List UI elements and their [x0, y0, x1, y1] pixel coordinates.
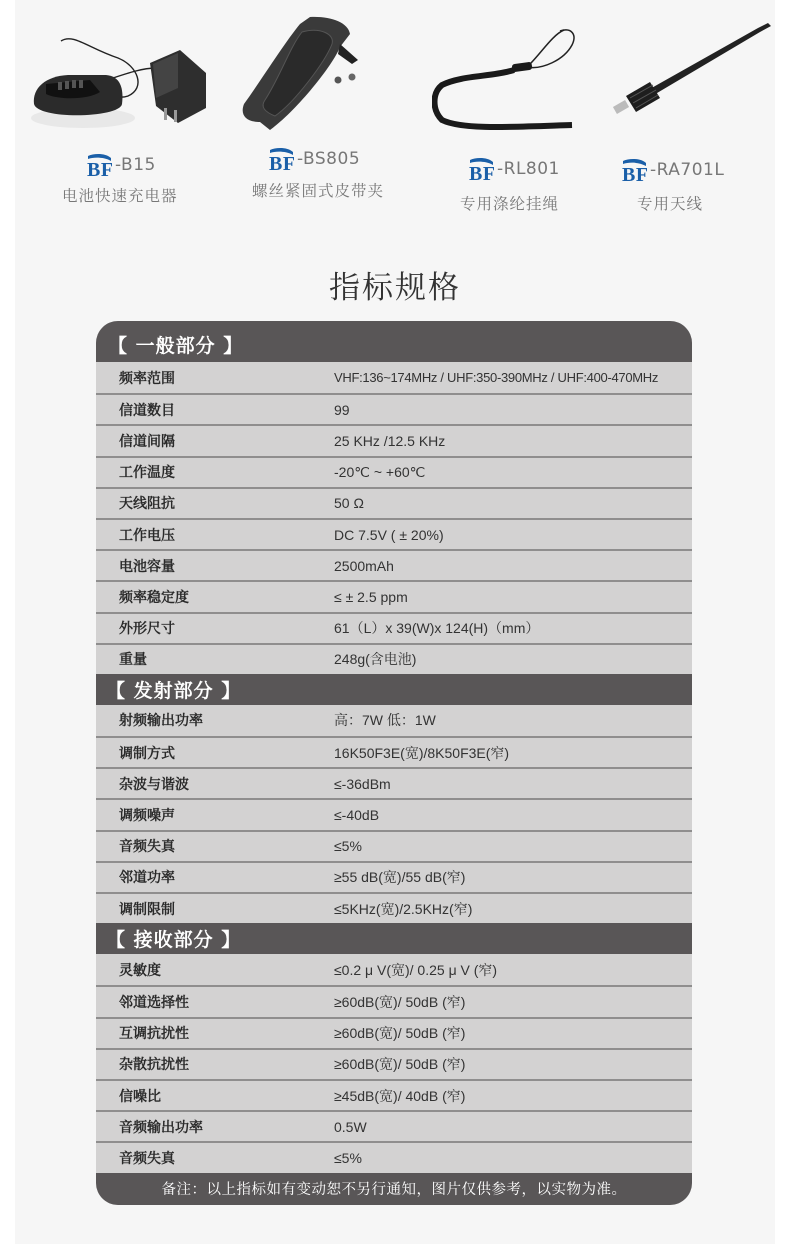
spec-value: 16K50F3E(宽)/8K50F3E(窄)	[334, 743, 692, 763]
table-row: 频率范围VHF:136~174MHz / UHF:350-390MHz / UH…	[96, 362, 692, 393]
spec-value: ≤-36dBm	[334, 776, 692, 792]
spec-value: -20℃ ~ +60℃	[334, 464, 692, 481]
spec-value: ≥60dB(宽)/ 50dB (窄)	[334, 992, 692, 1012]
table-row: 工作温度-20℃ ~ +60℃	[96, 456, 692, 487]
brand-logo-icon: BF	[621, 158, 647, 182]
spec-value: 99	[334, 402, 692, 418]
spec-value: ≤5%	[334, 838, 692, 854]
spec-label: 调制方式	[96, 743, 334, 763]
spec-label: 互调抗扰性	[96, 1023, 334, 1043]
table-row: 杂散抗扰性≥60dB(宽)/ 50dB (窄)	[96, 1048, 692, 1079]
footer-note: 备注：以上指标如有变动恕不另行通知，图片仅供参考，以实物为准。	[96, 1173, 692, 1205]
svg-text:BF: BF	[622, 164, 647, 182]
table-row: 工作电压DC 7.5V ( ± 20%)	[96, 518, 692, 549]
spec-label: 邻道功率	[96, 867, 334, 887]
svg-text:BF: BF	[87, 159, 112, 177]
table-row: 电池容量2500mAh	[96, 549, 692, 580]
spec-label: 重量	[96, 649, 334, 669]
spec-label: 调频噪声	[96, 805, 334, 825]
accessory-model-ra701l: BF -RA701L	[621, 158, 724, 182]
section-header-general: 【 一般部分 】	[96, 321, 692, 362]
spec-value: 高：7W 低：1W	[334, 710, 692, 730]
charger-image	[28, 18, 213, 130]
table-row: 音频失真≤5%	[96, 1141, 692, 1172]
spec-label: 灵敏度	[96, 960, 334, 980]
spec-value: ≤5KHz(宽)/2.5KHz(窄)	[334, 899, 692, 919]
spec-label: 工作温度	[96, 462, 334, 482]
page-title: 指标规格	[0, 262, 790, 307]
accessory-model-b15: BF -B15	[86, 153, 156, 177]
spec-value: ≤5%	[334, 1150, 692, 1166]
spec-label: 杂波与谐波	[96, 774, 334, 794]
spec-label: 信道数目	[96, 400, 334, 420]
spec-value: ≥45dB(宽)/ 40dB (窄)	[334, 1086, 692, 1106]
accessory-model-bs805: BF -BS805	[268, 147, 360, 171]
spec-value: DC 7.5V ( ± 20%)	[334, 527, 692, 543]
spec-label: 频率范围	[96, 368, 334, 388]
section-header-receive: 【 接收部分 】	[96, 923, 692, 954]
spec-label: 邻道选择性	[96, 992, 334, 1012]
table-row: 音频失真≤5%	[96, 830, 692, 861]
spec-value: ≤-40dB	[334, 807, 692, 823]
spec-value: ≥55 dB(宽)/55 dB(窄)	[334, 867, 692, 887]
brand-logo-icon: BF	[268, 147, 294, 171]
table-row: 调频噪声≤-40dB	[96, 798, 692, 829]
accessory-model-rl801: BF -RL801	[468, 157, 560, 181]
spec-value: 50 Ω	[334, 495, 692, 511]
table-row: 信道数目99	[96, 393, 692, 424]
table-row: 频率稳定度 ≤ ± 2.5 ppm	[96, 580, 692, 611]
accessory-caption: 螺丝紧固式皮带夹	[252, 179, 384, 201]
spec-value: ≥60dB(宽)/ 50dB (窄)	[334, 1023, 692, 1043]
spec-label: 射频输出功率	[96, 710, 334, 730]
spec-value: ≤0.2 μ V(宽)/ 0.25 μ V (窄)	[334, 960, 692, 980]
spec-value: 248g(含电池)	[334, 649, 692, 669]
antenna-image	[608, 18, 773, 118]
spec-label: 信噪比	[96, 1086, 334, 1106]
section-header-transmit: 【 发射部分 】	[96, 674, 692, 705]
svg-text:BF: BF	[269, 153, 294, 171]
table-row: 灵敏度≤0.2 μ V(宽)/ 0.25 μ V (窄)	[96, 954, 692, 985]
spec-label: 音频输出功率	[96, 1117, 334, 1137]
belt-clip-image	[240, 12, 365, 132]
table-row: 调制限制≤5KHz(宽)/2.5KHz(窄)	[96, 892, 692, 923]
spec-label: 工作电压	[96, 525, 334, 545]
spec-label: 天线阻抗	[96, 493, 334, 513]
table-row: 邻道选择性≥60dB(宽)/ 50dB (窄)	[96, 985, 692, 1016]
spec-label: 电池容量	[96, 556, 334, 576]
accessory-caption: 电池快速充电器	[62, 184, 178, 206]
spec-value: ≥60dB(宽)/ 50dB (窄)	[334, 1054, 692, 1074]
accessory-caption: 专用天线	[637, 192, 703, 214]
lanyard-image	[432, 25, 582, 137]
table-row: 互调抗扰性 ≥60dB(宽)/ 50dB (窄)	[96, 1017, 692, 1048]
spec-value: 2500mAh	[334, 558, 692, 574]
spec-label: 频率稳定度	[96, 587, 334, 607]
table-row: 射频输出功率高：7W 低：1W	[96, 705, 692, 736]
brand-logo-icon: BF	[86, 153, 112, 177]
table-row: 音频输出功率0.5W	[96, 1110, 692, 1141]
spec-label: 外形尺寸	[96, 618, 334, 638]
svg-text:BF: BF	[469, 163, 494, 181]
spec-value: 61（L）x 39(W)x 124(H)（mm）	[334, 618, 692, 638]
spec-value: 0.5W	[334, 1119, 692, 1135]
table-row: 外形尺寸61（L）x 39(W)x 124(H)（mm）	[96, 612, 692, 643]
table-row: 调制方式16K50F3E(宽)/8K50F3E(窄)	[96, 736, 692, 767]
accessory-caption: 专用涤纶挂绳	[460, 192, 559, 214]
table-row: 杂波与谐波≤-36dBm	[96, 767, 692, 798]
spec-value: ≤ ± 2.5 ppm	[334, 589, 692, 605]
spec-value: VHF:136~174MHz / UHF:350-390MHz / UHF:40…	[334, 370, 692, 385]
spec-label: 调制限制	[96, 899, 334, 919]
table-row: 信噪比≥45dB(宽)/ 40dB (窄)	[96, 1079, 692, 1110]
brand-logo-icon: BF	[468, 157, 494, 181]
table-row: 重量248g(含电池)	[96, 643, 692, 674]
table-row: 信道间隔25 KHz /12.5 KHz	[96, 424, 692, 455]
spec-label: 信道间隔	[96, 431, 334, 451]
spec-table: 【 一般部分 】 频率范围VHF:136~174MHz / UHF:350-39…	[96, 321, 692, 1205]
spec-label: 杂散抗扰性	[96, 1054, 334, 1074]
spec-label: 音频失真	[96, 836, 334, 856]
spec-value: 25 KHz /12.5 KHz	[334, 433, 692, 449]
table-row: 邻道功率≥55 dB(宽)/55 dB(窄)	[96, 861, 692, 892]
table-row: 天线阻抗50 Ω	[96, 487, 692, 518]
spec-label: 音频失真	[96, 1148, 334, 1168]
